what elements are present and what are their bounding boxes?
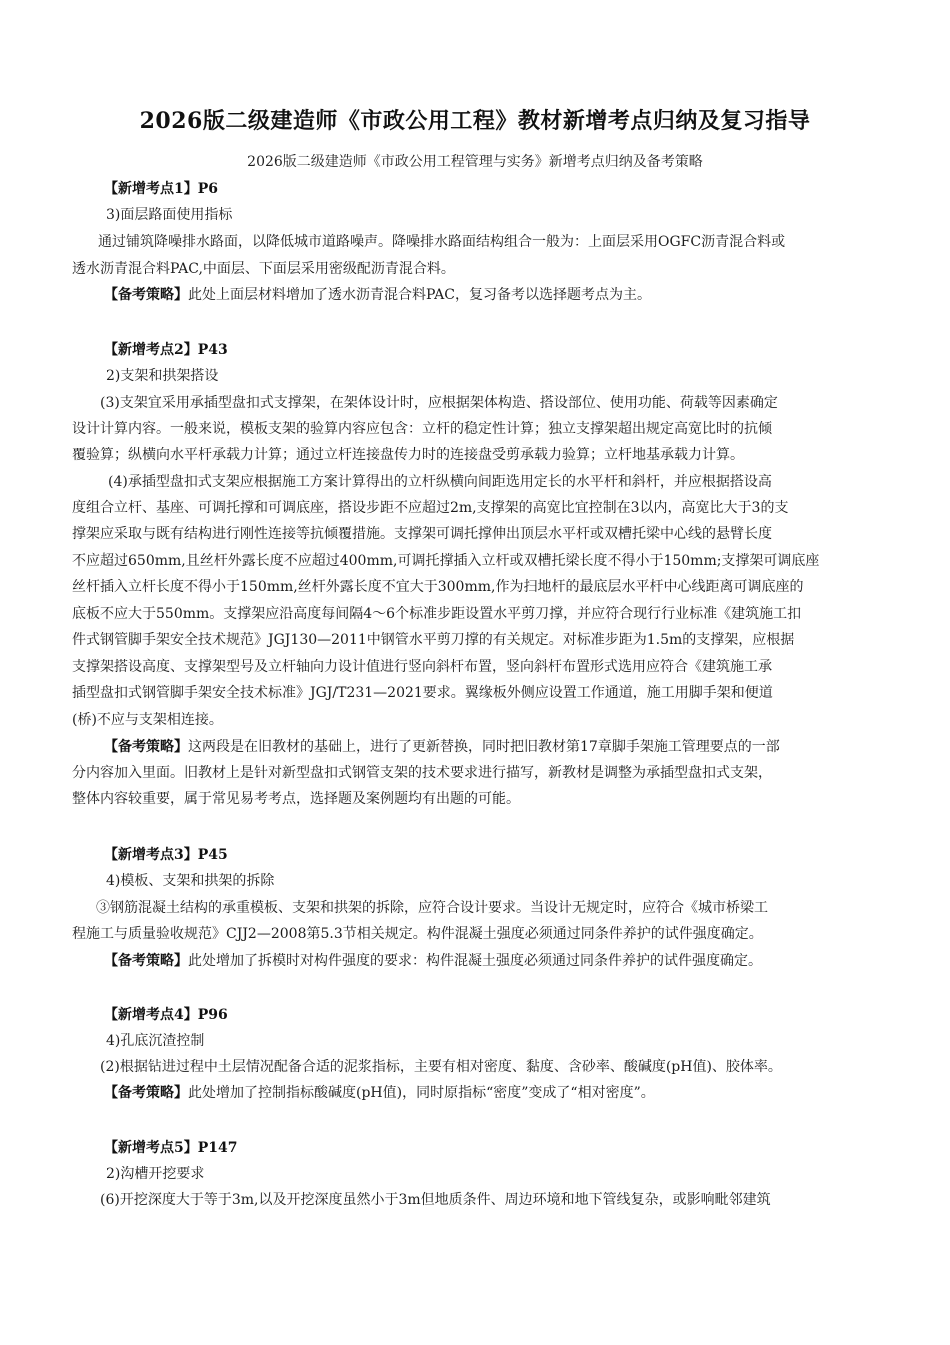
document-page: 2026版二级建造师《市政公用工程》教材新增考点归纳及复习指导 2026版二级建… [0,0,950,1345]
strategy-text: 此处增加了拆模时对构件强度的要求：构件混凝土强度必须通过同条件养护的试件强度确定… [188,953,762,969]
point-heading: 【新增考点1】P6 [104,179,218,199]
body-line: 支撑架搭设高度、支撑架型号及立杆轴向力设计值进行竖向斜杆布置，竖向斜杆布置形式选… [72,657,772,677]
strategy-text: 此处上面层材料增加了透水沥青混合料PAC，复习备考以选择题考点为主。 [188,287,651,303]
point-subheading: 4)模板、支架和拱架的拆除 [106,871,274,891]
body-line: 丝杆插入立杆长度不得小于150mm,丝杆外露长度不宜大于300mm,作为扫地杆的… [72,577,803,597]
document-title: 2026版二级建造师《市政公用工程》教材新增考点归纳及复习指导 [0,104,950,135]
body-line: (2)根据钻进过程中土层情况配备合适的泥浆指标，主要有相对密度、黏度、含砂率、酸… [100,1057,782,1077]
point-heading: 【新增考点4】P96 [104,1005,228,1025]
point-heading: 【新增考点5】P147 [104,1138,238,1158]
strategy-line: 【备考策略】此处增加了拆模时对构件强度的要求：构件混凝土强度必须通过同条件养护的… [104,951,762,971]
body-line: 度组合立杆、基座、可调托撑和可调底座，搭设步距不应超过2m,支撑架的高宽比宜控制… [72,498,788,518]
body-line: ③钢筋混凝土结构的承重模板、支架和拱架的拆除，应符合设计要求。当设计无规定时，应… [96,898,768,918]
body-line: (6)开挖深度大于等于3m,以及开挖深度虽然小于3m但地质条件、周边环境和地下管… [100,1190,771,1210]
body-line: 覆验算；纵横向水平杆承载力计算；通过立杆连接盘传力时的连接盘受剪承载力验算；立杆… [72,445,744,465]
body-line: 底板不应大于550mm。支撑架应沿高度每间隔4～6个标准步距设置水平剪刀撑，并应… [72,604,801,624]
body-line: 撑架应采取与既有结构进行刚性连接等抗倾覆措施。支撑架可调托撑伸出顶层水平杆或双槽… [72,524,772,544]
strategy-line: 分内容加入里面。旧教材上是针对新型盘扣式钢管支架的技术要求进行描写，新教材是调整… [72,763,772,783]
strategy-line: 【备考策略】此处上面层材料增加了透水沥青混合料PAC，复习备考以选择题考点为主。 [104,285,651,305]
strategy-line: 【备考策略】此处增加了控制指标酸碱度(pH值)，同时原指标“密度”变成了“相对密… [104,1083,655,1103]
point-heading: 【新增考点2】P43 [104,340,228,360]
body-line: 程施工与质量验收规范》CJJ2—2008第5.3节相关规定。构件混凝土强度必须通… [72,924,763,944]
strategy-label: 【备考策略】 [104,1085,188,1101]
body-line: 件式钢管脚手架安全技术规范》JGJ130—2011中钢管水平剪刀撑的有关规定。对… [72,630,794,650]
point-subheading: 4)孔底沉渣控制 [106,1031,204,1051]
body-line: 不应超过650mm,且丝杆外露长度不应超过400mm,可调托撑插入立杆或双槽托梁… [72,551,819,571]
body-line: 透水沥青混合料PAC,中面层、下面层采用密级配沥青混合料。 [72,259,455,279]
body-line: 通过铺筑降噪排水路面，以降低城市道路噪声。降噪排水路面结构组合一般为：上面层采用… [98,232,785,252]
document-subtitle: 2026版二级建造师《市政公用工程管理与实务》新增考点归纳及备考策略 [0,151,950,171]
body-line: 插型盘扣式钢管脚手架安全技术标准》JGJ/T231—2021要求。翼缘板外侧应设… [72,683,773,703]
body-line: (4)承插型盘扣式支架应根据施工方案计算得出的立杆纵横向间距选用定长的水平杆和斜… [108,472,772,492]
point-heading: 【新增考点3】P45 [104,845,228,865]
strategy-text: 这两段是在旧教材的基础上，进行了更新替换，同时把旧教材第17章脚手架施工管理要点… [188,739,780,755]
strategy-label: 【备考策略】 [104,287,188,303]
strategy-line: 【备考策略】这两段是在旧教材的基础上，进行了更新替换，同时把旧教材第17章脚手架… [104,737,780,757]
strategy-line: 整体内容较重要，属于常见易考考点，选择题及案例题均有出题的可能。 [72,789,520,809]
body-line: 设计计算内容。一般来说，模板支架的验算内容应包含：立杆的稳定性计算；独立支撑架超… [72,419,772,439]
body-line: (桥)不应与支架相连接。 [72,710,223,730]
body-line: (3)支架宜采用承插型盘扣式支撑架，在架体设计时，应根据架体构造、搭设部位、使用… [100,393,778,413]
point-subheading: 2)沟槽开挖要求 [106,1164,204,1184]
point-subheading: 3)面层路面使用指标 [106,205,232,225]
strategy-text: 此处增加了控制指标酸碱度(pH值)，同时原指标“密度”变成了“相对密度”。 [188,1085,655,1101]
point-subheading: 2)支架和拱架搭设 [106,366,218,386]
strategy-label: 【备考策略】 [104,953,188,969]
strategy-label: 【备考策略】 [104,739,188,755]
